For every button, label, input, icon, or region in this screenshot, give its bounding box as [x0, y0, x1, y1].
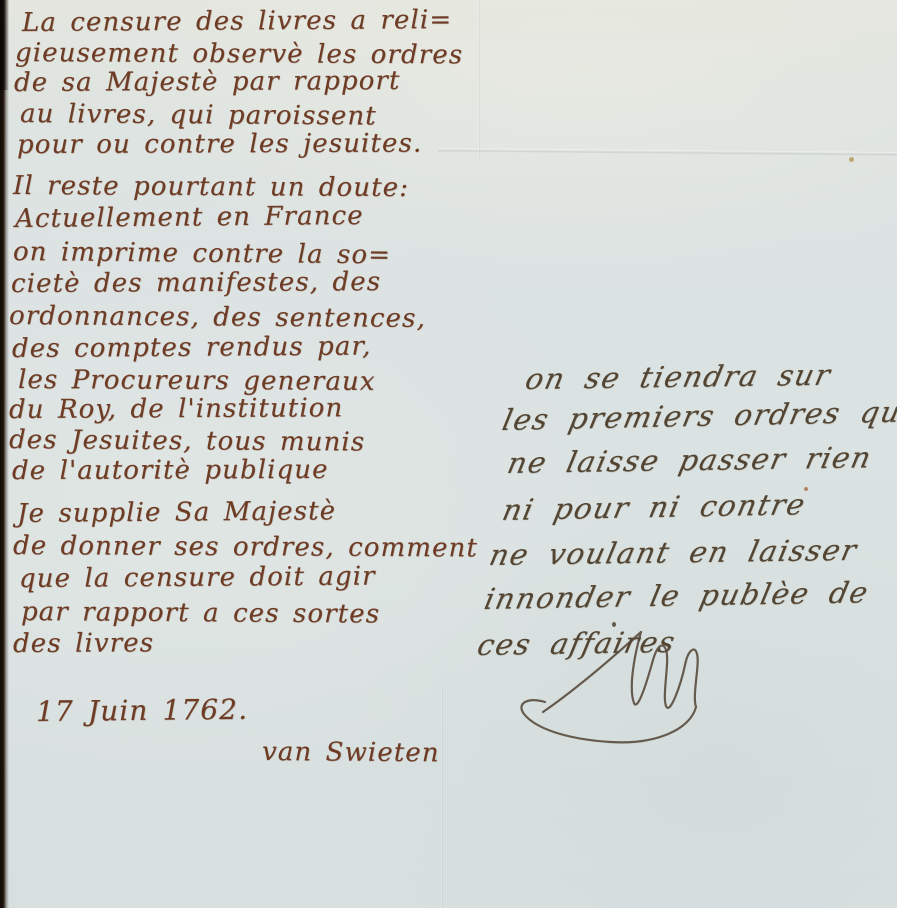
signature-van-swieten: van Swieten — [262, 737, 440, 768]
marginal-note-line: ni pour ni contre — [499, 487, 809, 527]
manuscript-line: par rapport a ces sortes — [21, 597, 380, 630]
paper-fold-crease-horizontal — [438, 148, 897, 156]
manuscript-line: Je supplie Sa Majestè — [17, 496, 336, 529]
signature-paraph-flourish — [505, 618, 745, 758]
manuscript-line: des comptes rendus par, — [12, 331, 372, 364]
manuscript-line: au livres, qui paroissent — [20, 99, 377, 131]
paper-fold-crease-vertical-top — [478, 0, 480, 158]
scan-gutter-edge — [0, 0, 9, 908]
manuscript-line: les Procureurs generaux — [18, 365, 376, 397]
manuscript-line: on imprime contre la so= — [13, 237, 391, 270]
manuscript-line: de l'autoritè publique — [12, 455, 329, 486]
manuscript-line: de donner ses ordres, comment — [13, 531, 478, 563]
manuscript-line: de sa Majestè par rapport — [14, 66, 401, 98]
manuscript-line: des livres — [13, 628, 154, 659]
marginal-note-line: on se tiendra sur — [522, 358, 834, 396]
manuscript-line: cietè des manifestes, des — [11, 267, 381, 299]
marginal-note-line: innonder le publèe de — [481, 575, 872, 616]
manuscript-page: La censure des livres a reli= gieusement… — [0, 0, 897, 908]
manuscript-line: pour ou contre les jesuites. — [17, 129, 422, 160]
marginal-note-line: ne laisse passer rien — [504, 440, 875, 480]
paper-fold-crease-vertical-bottom — [441, 688, 443, 908]
manuscript-line: du Roy, de l'institution — [9, 393, 343, 425]
manuscript-line: des Jesuites, tous munis — [9, 425, 365, 457]
marginal-note-line: ne voulant en laisser — [486, 533, 861, 572]
manuscript-line: ordonnances, des sentences, — [9, 301, 426, 334]
date-line: 17 Juin 1762. — [36, 693, 248, 728]
manuscript-line: La censure des livres a reli= — [22, 5, 452, 38]
paper-speck — [849, 157, 854, 162]
manuscript-line: Actuellement en France — [15, 201, 364, 234]
marginal-note-line: les premiers ordres qu'on — [499, 394, 897, 437]
manuscript-line: Il reste pourtant un doute: — [13, 171, 409, 203]
manuscript-line: que la censure doit agir — [19, 562, 376, 594]
